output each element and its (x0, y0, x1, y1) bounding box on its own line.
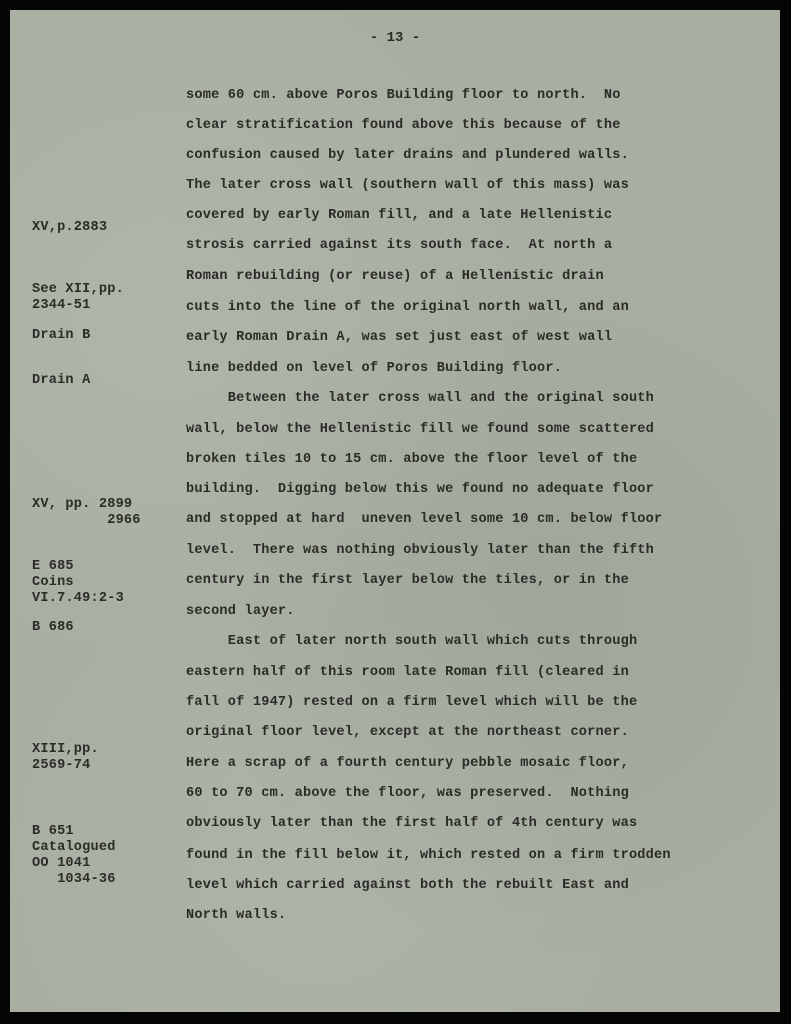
body-line: second layer. (186, 604, 295, 619)
page-number: - 13 - (10, 30, 780, 46)
body-line: covered by early Roman fill, and a late … (186, 208, 612, 223)
body-line: and stopped at hard uneven level some 10… (186, 512, 662, 527)
margin-note: Drain A (32, 373, 91, 389)
body-line: 60 to 70 cm. above the floor, was preser… (186, 786, 629, 801)
body-line: The later cross wall (southern wall of t… (186, 178, 629, 193)
margin-note: B 686 (32, 620, 74, 636)
body-line: fall of 1947) rested on a firm level whi… (186, 695, 637, 710)
body-line: Between the later cross wall and the ori… (186, 391, 654, 406)
body-line: building. Digging below this we found no… (186, 482, 654, 497)
margin-note: E 685 Coins VI.7.49:2-3 (32, 559, 124, 607)
body-line: Here a scrap of a fourth century pebble … (186, 756, 629, 771)
margin-note: See XII,pp. 2344-51 (32, 282, 124, 314)
body-line: East of later north south wall which cut… (186, 634, 637, 649)
document-page: - 13 - some 60 cm. above Poros Building … (10, 10, 780, 1012)
margin-note: XV, pp. 2899 2966 (32, 497, 141, 529)
body-line: broken tiles 10 to 15 cm. above the floo… (186, 452, 637, 467)
body-line: Roman rebuilding (or reuse) of a Helleni… (186, 269, 604, 284)
body-line: early Roman Drain A, was set just east o… (186, 330, 612, 345)
margin-note: Drain B (32, 328, 91, 344)
body-line: clear stratification found above this be… (186, 118, 621, 133)
body-line: North walls. (186, 908, 286, 923)
margin-note: B 651 Catalogued OO 1041 1034-36 (32, 824, 116, 888)
body-line: level. There was nothing obviously later… (186, 543, 654, 558)
body-line: cuts into the line of the original north… (186, 300, 629, 315)
body-line: level which carried against both the reb… (186, 878, 629, 893)
body-line: wall, below the Hellenistic fill we foun… (186, 422, 654, 437)
body-line: confusion caused by later drains and plu… (186, 148, 629, 163)
body-line: line bedded on level of Poros Building f… (186, 361, 562, 376)
margin-note: XIII,pp. 2569-74 (32, 742, 99, 774)
body-line: some 60 cm. above Poros Building floor t… (186, 88, 621, 103)
body-line: eastern half of this room late Roman fil… (186, 665, 629, 680)
body-line: obviously later than the first half of 4… (186, 816, 637, 831)
body-line: century in the first layer below the til… (186, 573, 629, 588)
body-line: original floor level, except at the nort… (186, 725, 629, 740)
body-line: strosis carried against its south face. … (186, 238, 612, 253)
margin-note: XV,p.2883 (32, 220, 107, 236)
body-line: found in the fill below it, which rested… (186, 848, 671, 863)
